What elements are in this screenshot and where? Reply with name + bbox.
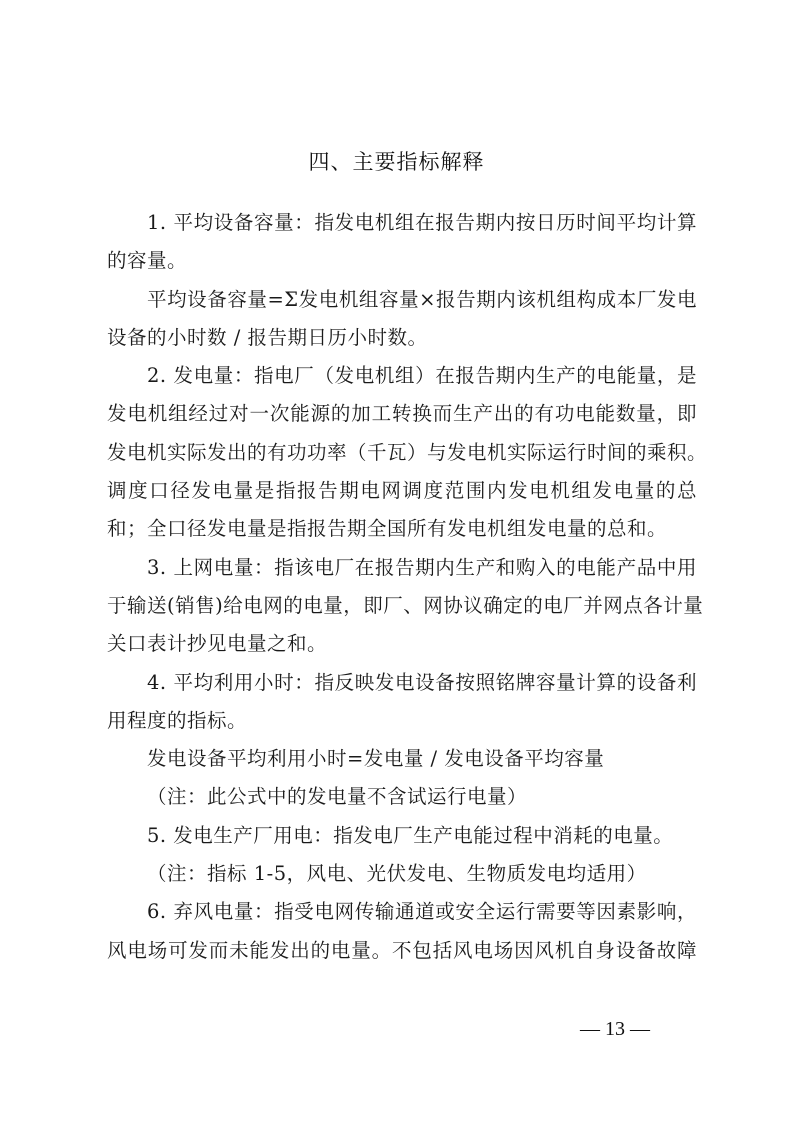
text-line: 发电机组经过对一次能源的加工转换而生产出的有功电能数量，即: [107, 395, 697, 433]
text-line: 3. 上网电量：指该电厂在报告期内生产和购入的电能产品中用: [107, 549, 697, 587]
text-line: 发电机实际发出的有功功率（千瓦）与发电机实际运行时间的乘积。: [107, 434, 697, 472]
text-line: 平均设备容量=Σ发电机组容量×报告期内该机组构成本厂发电: [107, 281, 697, 319]
text-line: 1. 平均设备容量：指发电机组在报告期内按日历时间平均计算: [107, 204, 697, 242]
text-line: 用程度的指标。: [107, 702, 697, 740]
text-line: 2. 发电量：指电厂（发电机组）在报告期内生产的电能量，是: [107, 357, 697, 395]
text-line: 5. 发电生产厂用电：指发电厂生产电能过程中消耗的电量。: [107, 817, 697, 855]
text-line: 调度口径发电量是指报告期电网调度范围内发电机组发电量的总: [107, 472, 697, 510]
text-line: 于输送(销售)给电网的电量，即厂、网协议确定的电厂并网点各计量: [107, 587, 697, 625]
text-line: 发电设备平均利用小时=发电量 / 发电设备平均容量: [107, 740, 697, 778]
text-line: 的容量。: [107, 242, 697, 280]
text-line: （注：指标 1-5，风电、光伏发电、生物质发电均适用）: [107, 855, 697, 893]
text-line: 设备的小时数 / 报告期日历小时数。: [107, 319, 697, 357]
text-line: 关口表计抄见电量之和。: [107, 625, 697, 663]
text-line: 风电场可发而未能发出的电量。不包括风电场因风机自身设备故障: [107, 932, 697, 970]
section-title: 四、主要指标解释: [0, 146, 793, 176]
document-body: 1. 平均设备容量：指发电机组在报告期内按日历时间平均计算 的容量。 平均设备容…: [107, 204, 697, 970]
text-line: 4. 平均利用小时：指反映发电设备按照铭牌容量计算的设备利: [107, 664, 697, 702]
text-line: （注：此公式中的发电量不含试运行电量）: [107, 778, 697, 816]
text-line: 6. 弃风电量：指受电网传输通道或安全运行需要等因素影响，: [107, 893, 697, 931]
page-number: — 13 —: [580, 1018, 650, 1041]
text-line: 和；全口径发电量是指报告期全国所有发电机组发电量的总和。: [107, 510, 697, 548]
